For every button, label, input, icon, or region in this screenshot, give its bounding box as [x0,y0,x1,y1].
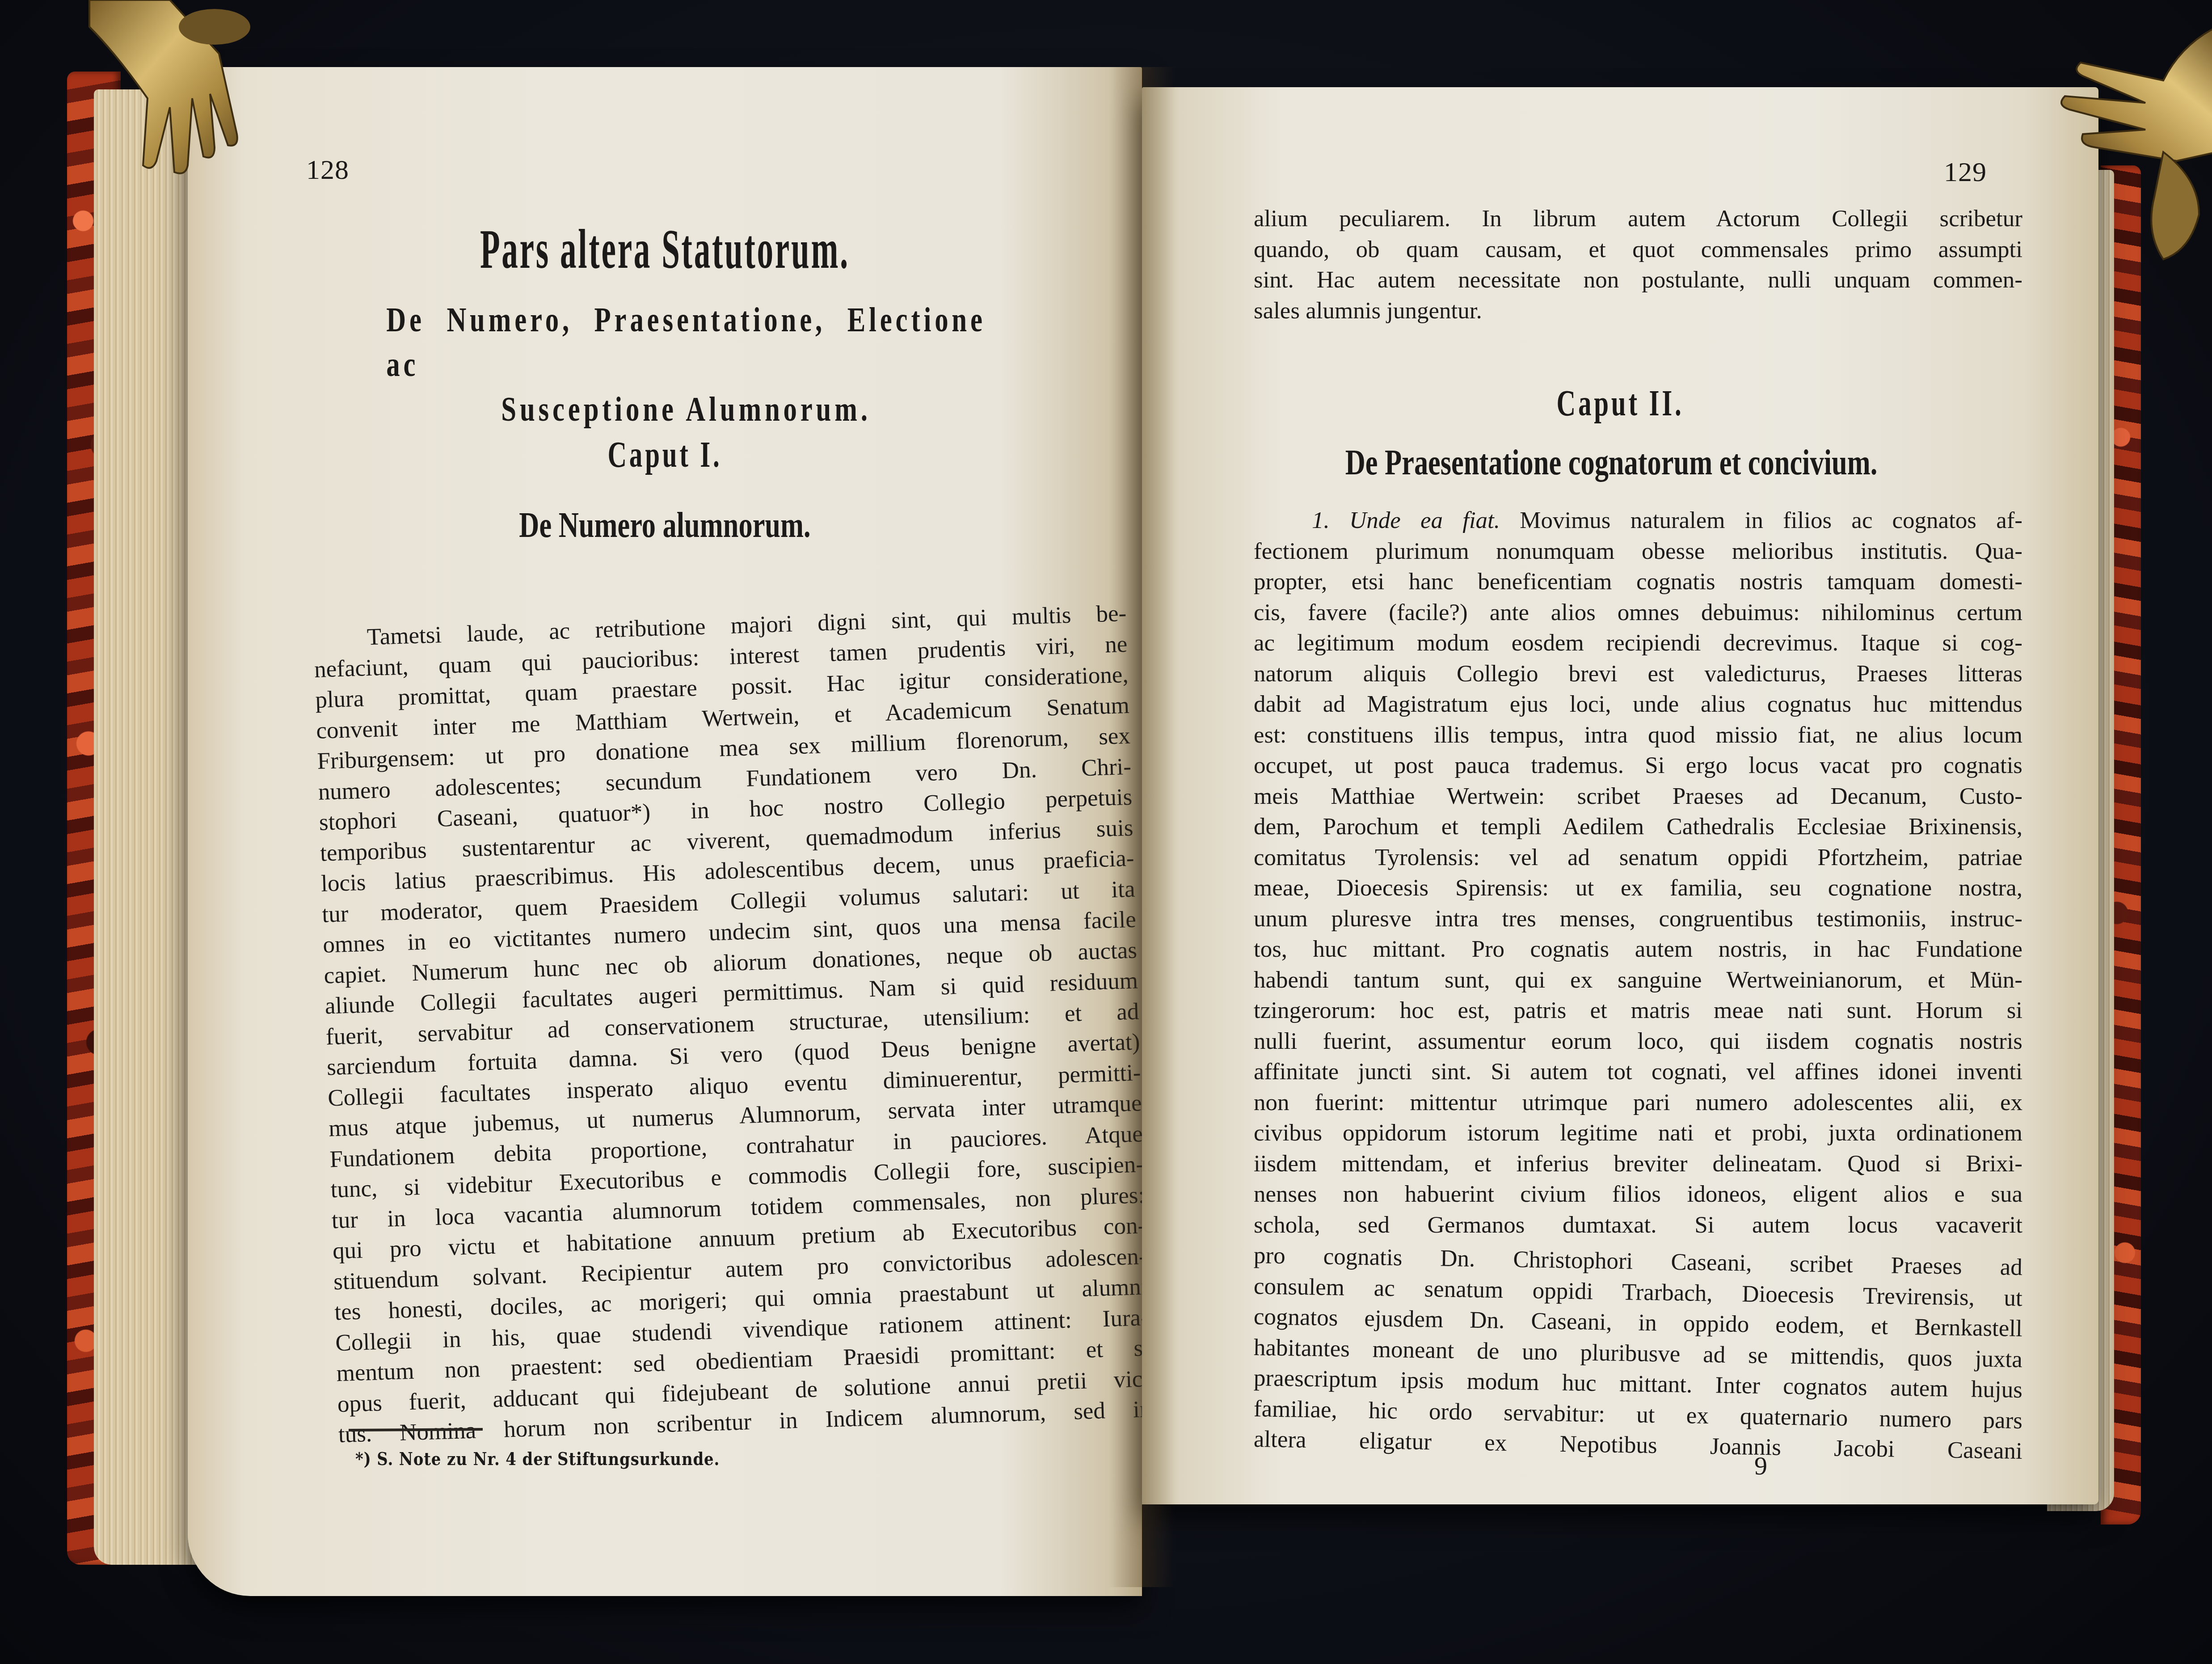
chapter-heading: Caput II. [1276,382,1965,424]
text-line: ac legitimum modum eosdem recipiendi dec… [1254,628,2022,659]
left-page: 128 Pars altera Statutorum. De Numero, P… [188,67,1142,1596]
text-line: tos, huc mittant. Pro cognatis autem nos… [1254,934,2022,965]
text-line: est: constituens illis tempus, intra quo… [1254,720,2022,751]
page-stack-left [94,89,201,1565]
text-line: meae, Dioecesis Spirensis: ut ex familia… [1254,873,2022,904]
text-line: natorum aliquis Collegio brevi est valed… [1254,659,2022,689]
text-line: cis, favere (facile?) ante alios omnes d… [1254,597,2022,628]
text-line: unum pluresve intra tres menses, congrue… [1254,904,2022,934]
text-line: dabit ad Magistratum ejus loci, unde ali… [1254,689,2022,720]
text-line: civibus oppidorum istorum legitime nati … [1254,1118,2022,1149]
chapter-title: De Numero alumnorum. [293,505,1037,546]
text-line: occupet, ut post pauca trademus. Si ergo… [1254,750,2022,781]
text-line: tzingerorum: hoc est, patris et matris m… [1254,995,2022,1026]
text-line: fectionem plurimum nonumquam obesse meli… [1254,536,2022,567]
text-line: schola, sed Germanos dumtaxat. Si autem … [1254,1210,2022,1241]
chapter-heading: Caput I. [321,434,1008,476]
text-line: sint. Hac autem necessitate non postulan… [1254,265,2022,296]
section-label: 1. Unde ea fiat. [1312,507,1500,533]
footnote: *) S. Note zu Nr. 4 der Stiftungsurkunde… [355,1449,720,1470]
text-line: affinitate juncti sint. Si autem tot cog… [1254,1056,2022,1087]
body-text-left: Tametsi laude, ac retributione majori di… [313,598,1142,1450]
text-run: Movimus naturalem in filios ac cognatos … [1520,507,2022,533]
text-line: sales alumnis jungentur. [1254,296,2022,326]
text-line: iisdem mittendam, et inferius breviter d… [1254,1149,2022,1179]
subtitle-line: De Numero, Praesentatione, Electione ac [386,297,986,387]
brass-hand-holder-right-icon [2029,18,2212,268]
subtitle-line: Susceptione Alumnorum. [386,387,986,431]
part-title: Pars altera Statutorum. [369,218,961,282]
right-page: 129 alium peculiarem. In librum autem Ac… [1142,87,2098,1504]
page-number-right: 129 [1944,156,1987,188]
text-line: nenses non habuerint civium filios idone… [1254,1179,2022,1210]
text-line: meis Matthiae Wertwein: scribet Praeses … [1254,781,2022,812]
text-line: habendi tantum sunt, qui ex sanguine Wer… [1254,965,2022,996]
text-line: dem, Parochum et templi Aedilem Cathedra… [1254,811,2022,842]
continuation-text: alium peculiarem. In librum autem Actoru… [1254,203,2022,326]
signature-mark: 9 [1754,1451,1767,1481]
text-line: quando, ob quam causam, et quot commensa… [1254,234,2022,265]
chapter-title: De Praesentatione cognatorum et conciviu… [1238,443,1984,483]
body-text-right: 1. Unde ea fiat. Movimus naturalem in fi… [1254,505,2022,1455]
text-line: nulli fuerint, assumentur eorum loco, qu… [1254,1026,2022,1057]
text-line: alium peculiarem. In librum autem Actoru… [1254,203,2022,234]
part-subtitle: De Numero, Praesentatione, Electione ac … [386,297,986,431]
text-line: non fuerint: mittentur utrimque pari num… [1254,1087,2022,1118]
text-line: comitatus Tyrolensis: vel ad senatum opp… [1254,842,2022,873]
text-line: 1. Unde ea fiat. Movimus naturalem in fi… [1254,505,2022,536]
brass-hand-holder-left-icon [27,0,259,188]
page-number-left: 128 [306,154,349,186]
text-line: propter, etsi hanc beneficentiam cognati… [1254,566,2022,597]
